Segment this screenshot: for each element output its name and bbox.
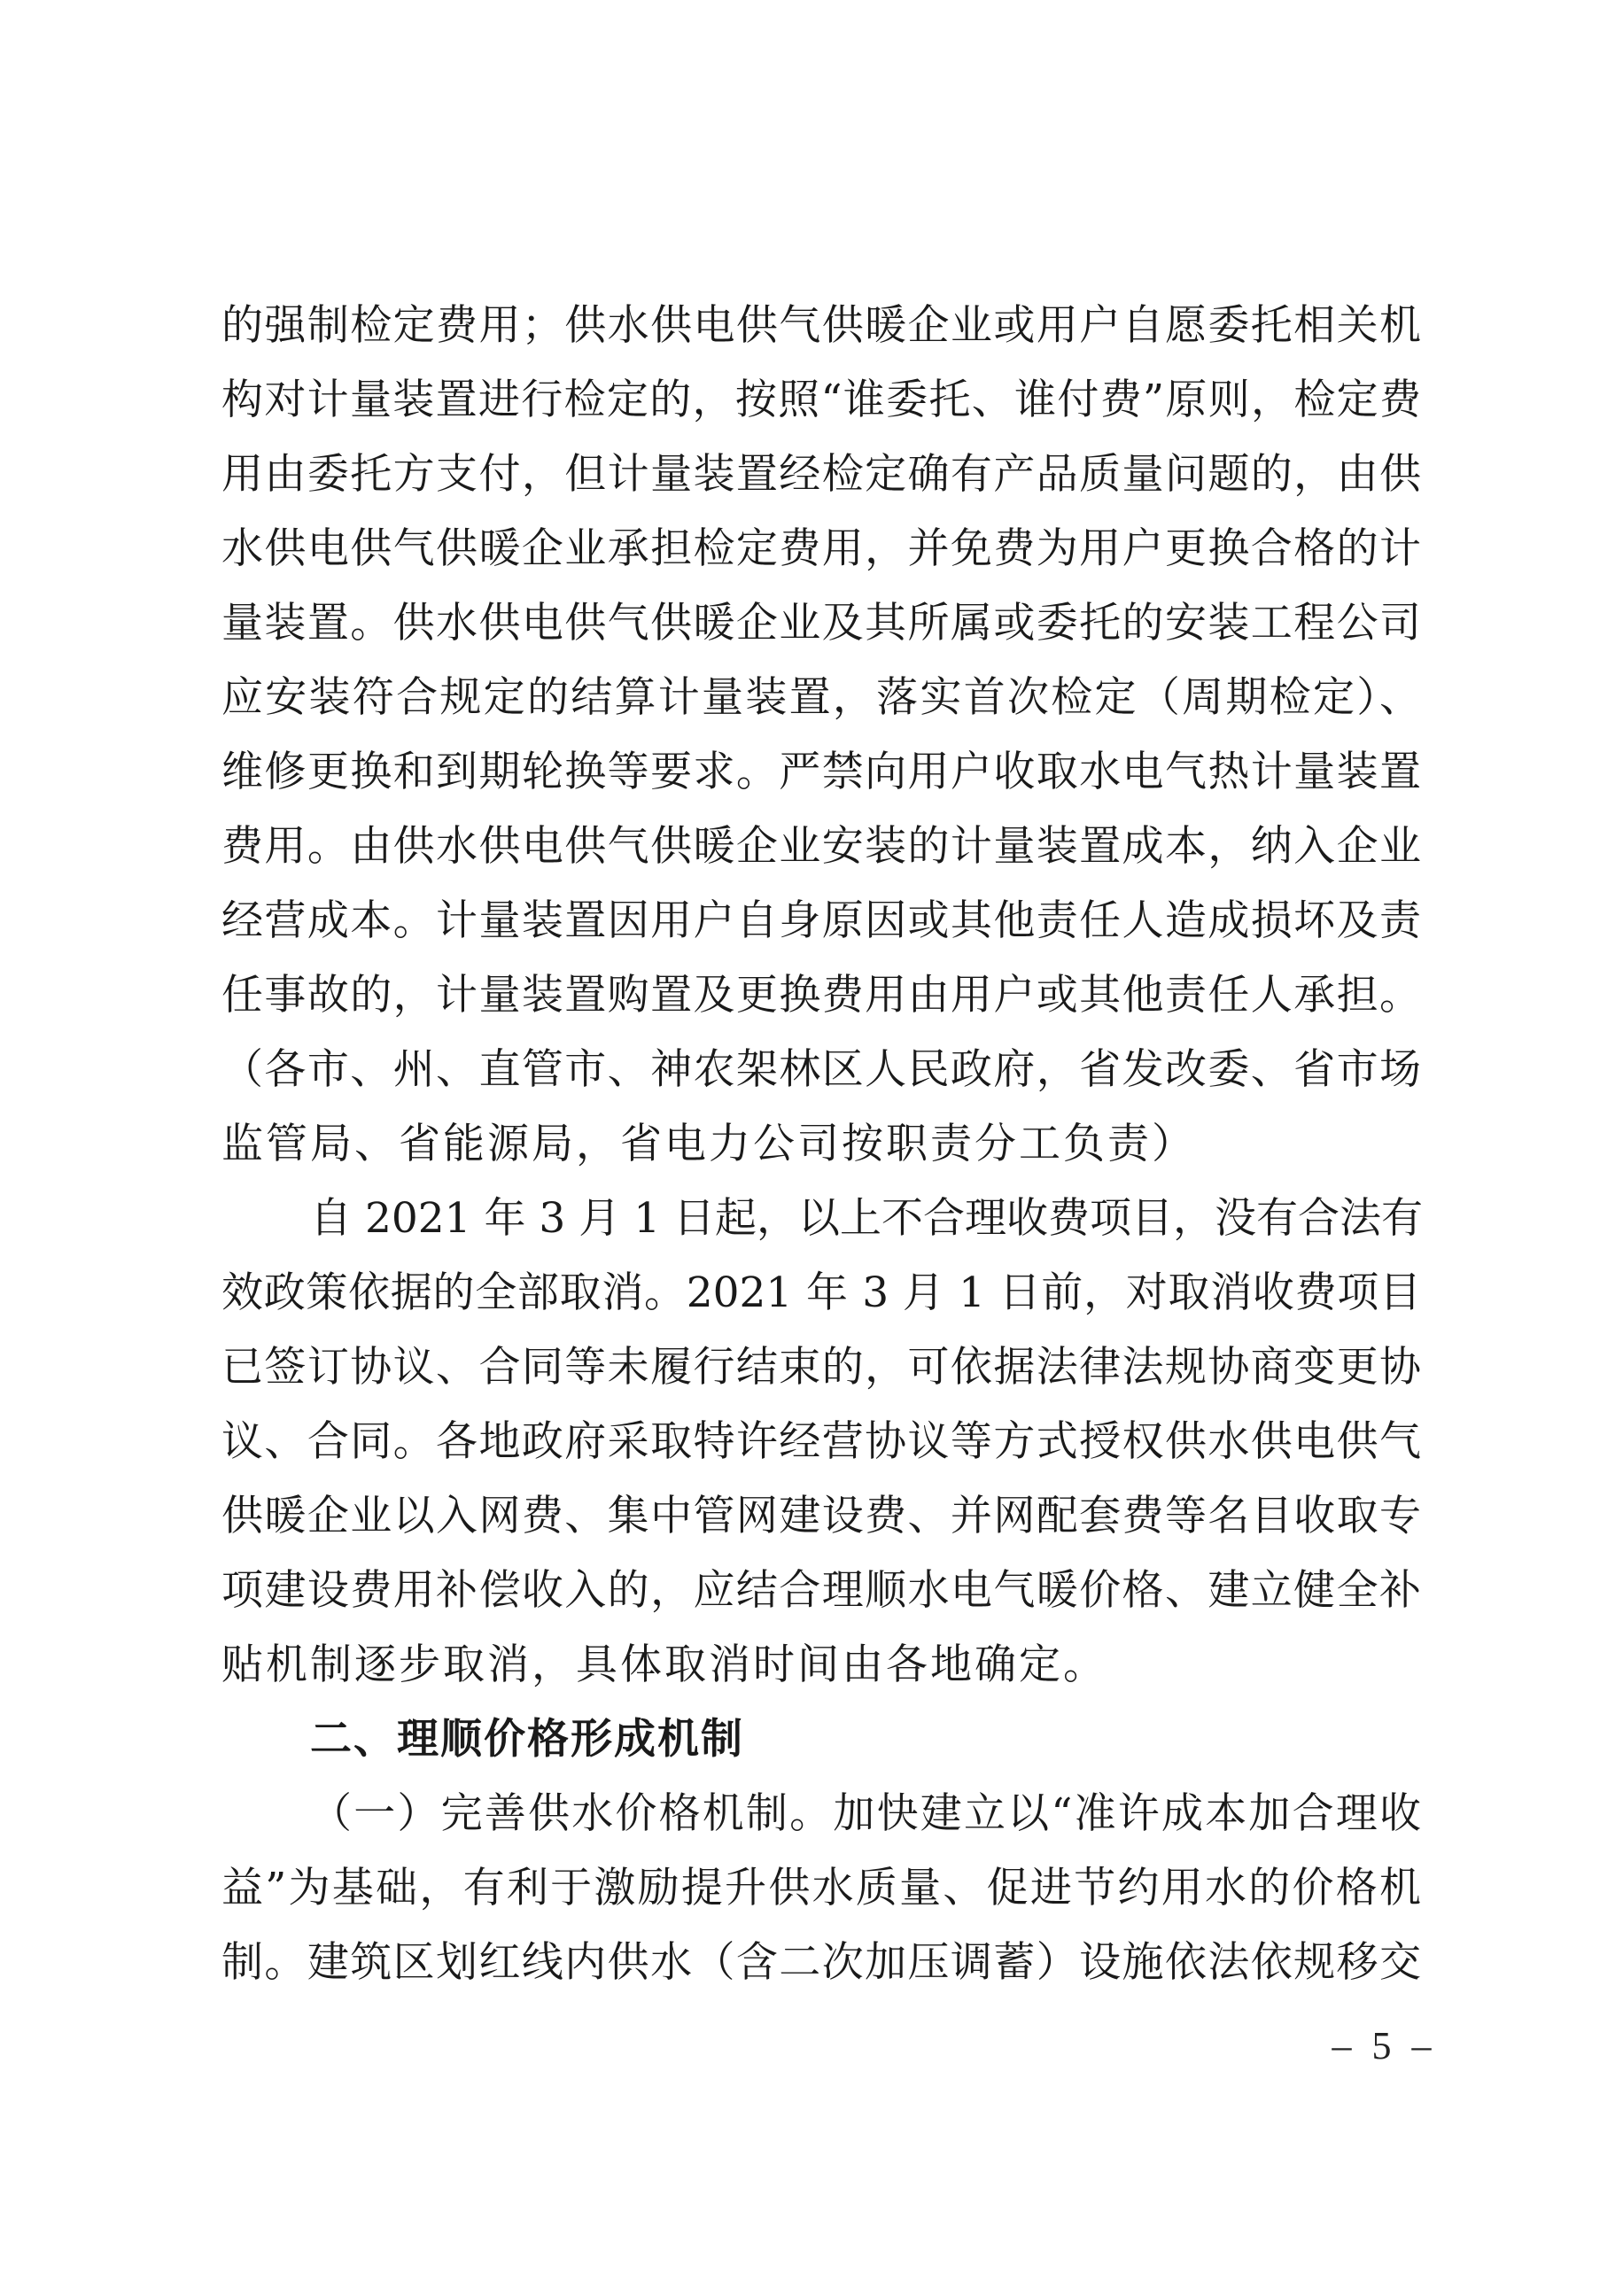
page-number: – 5 – <box>1329 2020 1440 2073</box>
text-line: 费用。由供水供电供气供暖企业安装的计量装置成本，纳入企业 <box>221 818 1421 893</box>
subsection-start-line: （一）完善供水价格机制。加快建立以“准许成本加合理收 <box>221 1786 1421 1860</box>
text-line: （各市、州、直管市、神农架林区人民政府，省发改委、省市场 <box>221 1042 1421 1116</box>
text-line: 的强制检定费用；供水供电供气供暖企业或用户自愿委托相关机 <box>221 298 1421 372</box>
text-line: 量装置。供水供电供气供暖企业及其所属或委托的安装工程公司 <box>221 595 1421 670</box>
text-line: 监管局、省能源局，省电力公司按职责分工负责） <box>221 1116 1421 1191</box>
text-line: 维修更换和到期轮换等要求。严禁向用户收取水电气热计量装置 <box>221 744 1421 818</box>
text-line: 贴机制逐步取消，具体取消时间由各地确定。 <box>221 1637 1421 1711</box>
text-line: 效政策依据的全部取消。2021 年 3 月 1 日前，对取消收费项目 <box>221 1265 1421 1339</box>
text-line: 项建设费用补偿收入的，应结合理顺水电气暖价格、建立健全补 <box>221 1563 1421 1637</box>
section-heading: 二、理顺价格形成机制 <box>221 1711 1421 1786</box>
text-line: 益”为基础，有利于激励提升供水质量、促进节约用水的价格机 <box>221 1860 1421 1935</box>
text-line: 议、合同。各地政府采取特许经营协议等方式授权供水供电供气 <box>221 1414 1421 1488</box>
text-line: 构对计量装置进行检定的，按照“谁委托、谁付费”原则，检定费 <box>221 372 1421 446</box>
text-line: 应安装符合规定的结算计量装置，落实首次检定（周期检定）、 <box>221 670 1421 744</box>
text-line: 已签订协议、合同等未履行结束的，可依据法律法规协商变更协 <box>221 1339 1421 1414</box>
paragraph-start-line: 自 2021 年 3 月 1 日起，以上不合理收费项目，没有合法有 <box>221 1191 1421 1265</box>
text-line: 供暖企业以入网费、集中管网建设费、并网配套费等名目收取专 <box>221 1488 1421 1563</box>
text-line: 制。建筑区划红线内供水（含二次加压调蓄）设施依法依规移交 <box>221 1935 1421 2009</box>
text-line: 经营成本。计量装置因用户自身原因或其他责任人造成损坏及责 <box>221 893 1421 967</box>
document-page: 的强制检定费用；供水供电供气供暖企业或用户自愿委托相关机 构对计量装置进行检定的… <box>0 0 1623 2296</box>
document-body: 的强制检定费用；供水供电供气供暖企业或用户自愿委托相关机 构对计量装置进行检定的… <box>221 298 1421 2009</box>
text-line: 任事故的，计量装置购置及更换费用由用户或其他责任人承担。 <box>221 967 1421 1042</box>
text-line: 水供电供气供暖企业承担检定费用，并免费为用户更换合格的计 <box>221 521 1421 595</box>
text-line: 用由委托方支付，但计量装置经检定确有产品质量问题的，由供 <box>221 446 1421 521</box>
